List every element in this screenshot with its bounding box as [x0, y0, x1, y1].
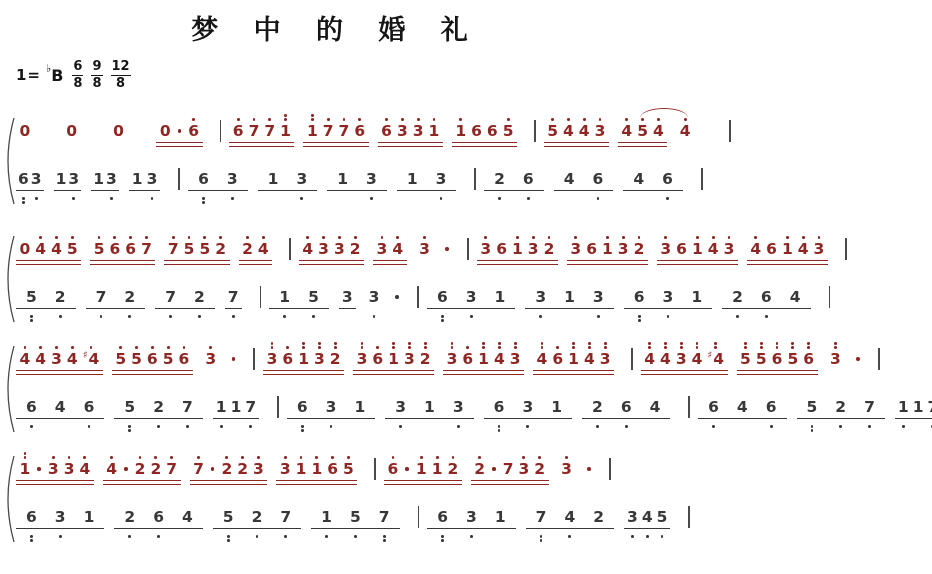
note: 6 [494, 386, 505, 434]
octave-dot [157, 535, 160, 538]
beam-underline [114, 528, 202, 530]
octave-dots-above [302, 338, 305, 350]
note: 2 [194, 276, 205, 324]
note: 3 [68, 158, 79, 206]
note-digit: 7 [96, 288, 107, 306]
octave-dot [343, 118, 346, 121]
octave-dot [392, 456, 395, 459]
note-digit: 3 [600, 350, 611, 368]
octave-dots-above [203, 228, 206, 240]
note: 6 [761, 276, 772, 324]
note-group: 4 [676, 110, 694, 158]
note: 2 [215, 228, 226, 276]
note: 1 [692, 228, 703, 276]
meters: 6898128 [63, 60, 134, 90]
note-group: 5443 [544, 110, 609, 158]
note-group: 13 [129, 158, 161, 206]
note: 2 [534, 448, 545, 496]
octave-dot [408, 346, 411, 349]
note-digit: 1 [568, 350, 579, 368]
note-digit: 4 [737, 398, 748, 416]
octave-dots-above [39, 228, 42, 240]
octave-dots-above [39, 338, 42, 350]
note: 4 [20, 338, 31, 386]
beam-underline [276, 484, 357, 486]
note-digit: 6 [462, 350, 473, 368]
note: 2 [221, 448, 232, 496]
note-digit: 4 [20, 350, 31, 368]
octave-dot [227, 535, 230, 538]
note-group: 4434♯4 [641, 338, 728, 386]
octave-dots-above [262, 228, 265, 240]
note-group: 13 [327, 158, 387, 206]
octave-dots-above [423, 228, 426, 240]
octave-dots-above [452, 448, 455, 460]
note: 2 [153, 386, 164, 434]
note-digit: 2 [835, 398, 846, 416]
beam-underline [114, 418, 202, 420]
note: 6 [708, 386, 719, 434]
octave-dots-below [59, 314, 62, 324]
note-digit: 2 [135, 460, 146, 478]
note [209, 448, 217, 496]
note-digit: 7 [193, 460, 204, 478]
octave-dots-above [188, 228, 191, 240]
octave-dots-below [312, 314, 315, 324]
octave-dot [625, 118, 628, 121]
note: 3 [296, 158, 307, 206]
octave-dots-below [202, 196, 205, 206]
octave-dot [514, 346, 517, 349]
octave-dots-above [436, 448, 439, 460]
octave-dot [868, 425, 871, 428]
octave-dot [188, 236, 191, 239]
note-digit: 2 [634, 240, 645, 258]
octave-dots-below [540, 534, 543, 544]
note-digit: 1 [495, 508, 506, 526]
barline [253, 348, 255, 370]
note: 7 [96, 276, 107, 324]
note-digit: 0 [20, 122, 31, 140]
note-digit: 3 [618, 240, 629, 258]
beam-underline [90, 264, 155, 266]
beam-underline [353, 370, 434, 372]
octave-dots-above [284, 110, 287, 122]
note: 6 [634, 276, 645, 324]
note-group: 4434♯4 [16, 338, 103, 386]
note-digit: 3 [227, 170, 238, 188]
note: 7 [264, 110, 275, 158]
note: 1 [296, 448, 307, 496]
note-digit: 3 [205, 350, 216, 368]
note: 3 [31, 158, 42, 206]
octave-dots-above [334, 338, 337, 350]
note: 3 [593, 276, 604, 324]
key-signature: 1= ♭ B 6898128 [16, 60, 135, 90]
octave-dot [358, 118, 361, 121]
octave-dot [712, 236, 715, 239]
note-digit: 3 [724, 240, 735, 258]
octave-dot [284, 535, 287, 538]
note-group: 36143 [657, 228, 738, 276]
octave-dot [744, 346, 747, 349]
note: 1 [307, 110, 318, 158]
octave-dot [622, 236, 625, 239]
beam-underline [427, 308, 515, 310]
beam-underline [239, 260, 273, 262]
note-digit: 5 [67, 240, 78, 258]
note: 1 [84, 496, 95, 544]
octave-dot [664, 346, 667, 349]
octave-dots-below [527, 196, 530, 206]
note-digit: 6 [297, 398, 308, 416]
beam-underline [299, 260, 364, 262]
note: 1 [424, 386, 435, 434]
beam-underline [311, 528, 399, 530]
brace-icon [2, 234, 16, 324]
note-digit: 2 [55, 288, 66, 306]
beam-underline [624, 308, 712, 310]
note: 5 [807, 386, 818, 434]
note-digit: 4 [642, 508, 653, 526]
octave-dot [318, 346, 321, 349]
note: 0 [113, 110, 124, 158]
note: 7 [166, 448, 177, 496]
beam-underline [443, 374, 524, 376]
beam-underline [190, 480, 268, 482]
octave-dot [262, 236, 265, 239]
note-digit: 2 [124, 508, 135, 526]
beam-underline [229, 142, 294, 144]
octave-dot [98, 236, 101, 239]
note-group: 0 [16, 110, 34, 158]
octave-dots-below [839, 424, 842, 434]
octave-dot [606, 236, 609, 239]
note-group: 313 [385, 386, 473, 434]
note-digit: 1 [602, 240, 613, 258]
note-digit: 1 [56, 170, 67, 188]
octave-dots-below [88, 424, 91, 434]
note-digit: 6 [772, 350, 783, 368]
beam-underline [397, 190, 457, 192]
note-digit: 1 [512, 240, 523, 258]
octave-dots-above [327, 110, 330, 122]
note: 6 [372, 338, 383, 386]
octave-dots-above [219, 228, 222, 240]
octave-dots-below [811, 424, 814, 434]
octave-dots-above [253, 110, 256, 122]
augmentation-dot [445, 247, 449, 251]
octave-dots-below [128, 424, 131, 434]
note-digit: 6 [634, 288, 645, 306]
note: 1 [388, 338, 399, 386]
octave-dot [284, 114, 287, 117]
octave-dots-below [59, 534, 62, 544]
note-digit: 3 [31, 170, 42, 188]
note-digit: 1 [298, 350, 309, 368]
note-digit: 7 [249, 122, 260, 140]
note-digit: 7 [379, 508, 390, 526]
note-digit: 1 [692, 240, 703, 258]
note-digit: 1 [432, 460, 443, 478]
octave-dot [286, 346, 289, 349]
system-brace [2, 338, 16, 438]
note-digit: 5 [94, 240, 105, 258]
octave-dot [470, 535, 473, 538]
octave-dots-above [522, 448, 525, 460]
note-digit: 3 [593, 288, 604, 306]
octave-dots-above [507, 110, 510, 122]
beam-underline [239, 264, 273, 266]
meter-denominator: 8 [91, 76, 102, 91]
octave-dot [441, 319, 444, 322]
barline [467, 238, 469, 260]
note: 3 [395, 386, 406, 434]
note-digit: 6 [109, 240, 120, 258]
octave-dot [392, 342, 395, 345]
barline [277, 396, 279, 418]
barline [374, 458, 376, 480]
note-group: 7223 [190, 448, 268, 496]
note-digit: 0 [160, 122, 171, 140]
octave-dots-above [315, 448, 318, 460]
note: 1 [20, 448, 31, 496]
note-digit [176, 122, 184, 140]
note: 4 [302, 228, 313, 276]
octave-dots-below [283, 314, 286, 324]
beam-underline [698, 418, 786, 420]
octave-dot [330, 425, 333, 428]
note-digit: 7 [323, 122, 334, 140]
octave-dots-above [532, 228, 535, 240]
octave-dots-above [551, 110, 554, 122]
note-digit: 7 [864, 398, 875, 416]
note-digit: 3 [51, 350, 62, 368]
octave-dots-above [343, 110, 346, 122]
octave-dots-above [209, 338, 212, 350]
note-digit: 6 [496, 240, 507, 258]
octave-dots-below [457, 424, 460, 434]
note: 3 [510, 338, 521, 386]
note: 3 [55, 496, 66, 544]
note-digit: 3 [314, 350, 325, 368]
octave-dots-above [68, 448, 71, 460]
note-digit: 7 [245, 398, 256, 416]
octave-dots-above [83, 448, 86, 460]
note-group: 117 [213, 386, 259, 434]
note-group: 631 [427, 496, 515, 544]
note: 6 [772, 338, 783, 386]
octave-dot [232, 315, 235, 318]
note-digit: 1 [279, 288, 290, 306]
note-digit: 4 [708, 240, 719, 258]
note-group: 15 [269, 276, 329, 324]
note: 4 [642, 496, 653, 544]
note-digit: 6 [381, 122, 392, 140]
beam-underline [567, 264, 648, 266]
octave-dot [408, 342, 411, 345]
octave-dots-above [392, 338, 395, 350]
note: 3 [342, 276, 353, 324]
note: 6 [803, 338, 814, 386]
note: 1 [311, 448, 322, 496]
octave-dot [839, 425, 842, 428]
octave-dots-below [625, 424, 628, 434]
note-digit: 4 [392, 240, 403, 258]
octave-dot [347, 456, 350, 459]
octave-dots-above [712, 228, 715, 240]
note-digit: 3 [334, 240, 345, 258]
octave-dot [68, 456, 71, 459]
note: 3 [535, 276, 546, 324]
octave-dots-above [754, 228, 757, 240]
octave-dots-above [498, 338, 501, 350]
note: 6 [109, 228, 120, 276]
meter-9-8: 98 [91, 60, 102, 90]
octave-dot [770, 425, 773, 428]
note-group: 742 [526, 496, 614, 544]
note-group: 646 [698, 386, 786, 434]
beam-underline [657, 264, 738, 266]
barline [417, 286, 419, 308]
note-group: 36132 [353, 338, 434, 386]
octave-dot [183, 346, 186, 349]
octave-dot [807, 346, 810, 349]
note-digit: 3 [466, 508, 477, 526]
note-digit: 5 [163, 350, 174, 368]
note: 1 [321, 496, 332, 544]
octave-dots-below [667, 314, 670, 324]
octave-dots-above [331, 448, 334, 460]
note-digit: 6 [198, 170, 209, 188]
octave-dot [119, 346, 122, 349]
octave-dot [902, 425, 905, 428]
octave-dots-above [548, 228, 551, 240]
note-digit: 5 [115, 350, 126, 368]
octave-dot [30, 315, 33, 318]
note-group: 631 [287, 386, 375, 434]
note: 3 [227, 158, 238, 206]
octave-dots-below [568, 534, 571, 544]
note: 2 [135, 448, 146, 496]
octave-dots-above [392, 448, 395, 460]
note: 4 [660, 338, 671, 386]
octave-dot [420, 456, 423, 459]
note-digit: 2 [592, 398, 603, 416]
beam-underline [554, 190, 614, 192]
note-group: 2732 [471, 448, 549, 496]
octave-dots-below [128, 534, 131, 544]
octave-dot [441, 539, 444, 542]
octave-dots-above [52, 448, 55, 460]
octave-dot [807, 342, 810, 345]
note-group: 264 [114, 496, 202, 544]
note-digit [403, 460, 411, 478]
note-digit: 5 [787, 350, 798, 368]
note: 4 [392, 228, 403, 276]
beam-underline [747, 260, 828, 262]
note-digit: 7 [182, 398, 193, 416]
note: 4 [182, 496, 193, 544]
octave-dots-above [246, 228, 249, 240]
octave-dots-above [119, 338, 122, 350]
beam-underline [895, 418, 932, 420]
octave-dots-above [417, 110, 420, 122]
note-digit: 3 [518, 460, 529, 478]
note-digit: 3 [522, 398, 533, 416]
note-digit: 1 [268, 170, 279, 188]
octave-dot [818, 236, 821, 239]
meter-numerator: 12 [111, 60, 131, 76]
octave-dots-above [271, 338, 274, 350]
octave-dots-above [484, 228, 487, 240]
beam-underline [103, 480, 181, 482]
note: 7 [182, 386, 193, 434]
note-group: 527 [213, 496, 301, 544]
note: 4 [621, 110, 632, 158]
octave-dot [24, 346, 27, 349]
octave-dot [834, 342, 837, 345]
note: 5 [131, 338, 142, 386]
octave-dot [514, 342, 517, 345]
note-digit: 1 [93, 170, 104, 188]
note-digit: 6 [676, 240, 687, 258]
note-digit: 1 [20, 460, 31, 478]
note: 1 [568, 338, 579, 386]
system-lines: 1334422772233116561122732363126452715763… [16, 448, 698, 548]
note: 7 [228, 276, 239, 324]
note-group: 6112 [384, 448, 462, 496]
note-digit: ♯4 [83, 350, 100, 368]
note: 1 [280, 110, 291, 158]
melody-line: 13344227722331165611227323 [16, 448, 698, 496]
note: 2 [150, 448, 161, 496]
beam-underline [327, 190, 387, 192]
octave-dots-above [648, 338, 651, 350]
octave-dots-below [232, 314, 235, 324]
note-digit: 1 [551, 398, 562, 416]
octave-dot [383, 535, 386, 538]
octave-dot [680, 346, 683, 349]
octave-dot [30, 539, 33, 542]
note-group: 7552 [164, 228, 229, 276]
note: 2 [242, 228, 253, 276]
octave-dot [754, 236, 757, 239]
note-group: 46 [554, 158, 614, 206]
octave-dot [311, 114, 314, 117]
note: 3 [48, 448, 59, 496]
beam-underline [229, 146, 294, 148]
octave-dot [551, 118, 554, 121]
system-brace [2, 228, 16, 328]
octave-dots-above [760, 338, 763, 350]
note-group: 13 [258, 158, 318, 206]
octave-dot [302, 342, 305, 345]
note-digit: 5 [199, 240, 210, 258]
octave-dots-above [347, 448, 350, 460]
octave-dot [192, 118, 195, 121]
note-digit: 7 [339, 122, 350, 140]
note-digit: 3 [326, 398, 337, 416]
octave-dots-below [256, 534, 259, 544]
note: 4 [564, 496, 575, 544]
note: 5 [343, 448, 354, 496]
note-group: 72 [155, 276, 215, 324]
note-digit: 3 [436, 170, 447, 188]
octave-dots-above [599, 110, 602, 122]
note-group: 0 [110, 110, 128, 158]
octave-dot [631, 535, 634, 538]
